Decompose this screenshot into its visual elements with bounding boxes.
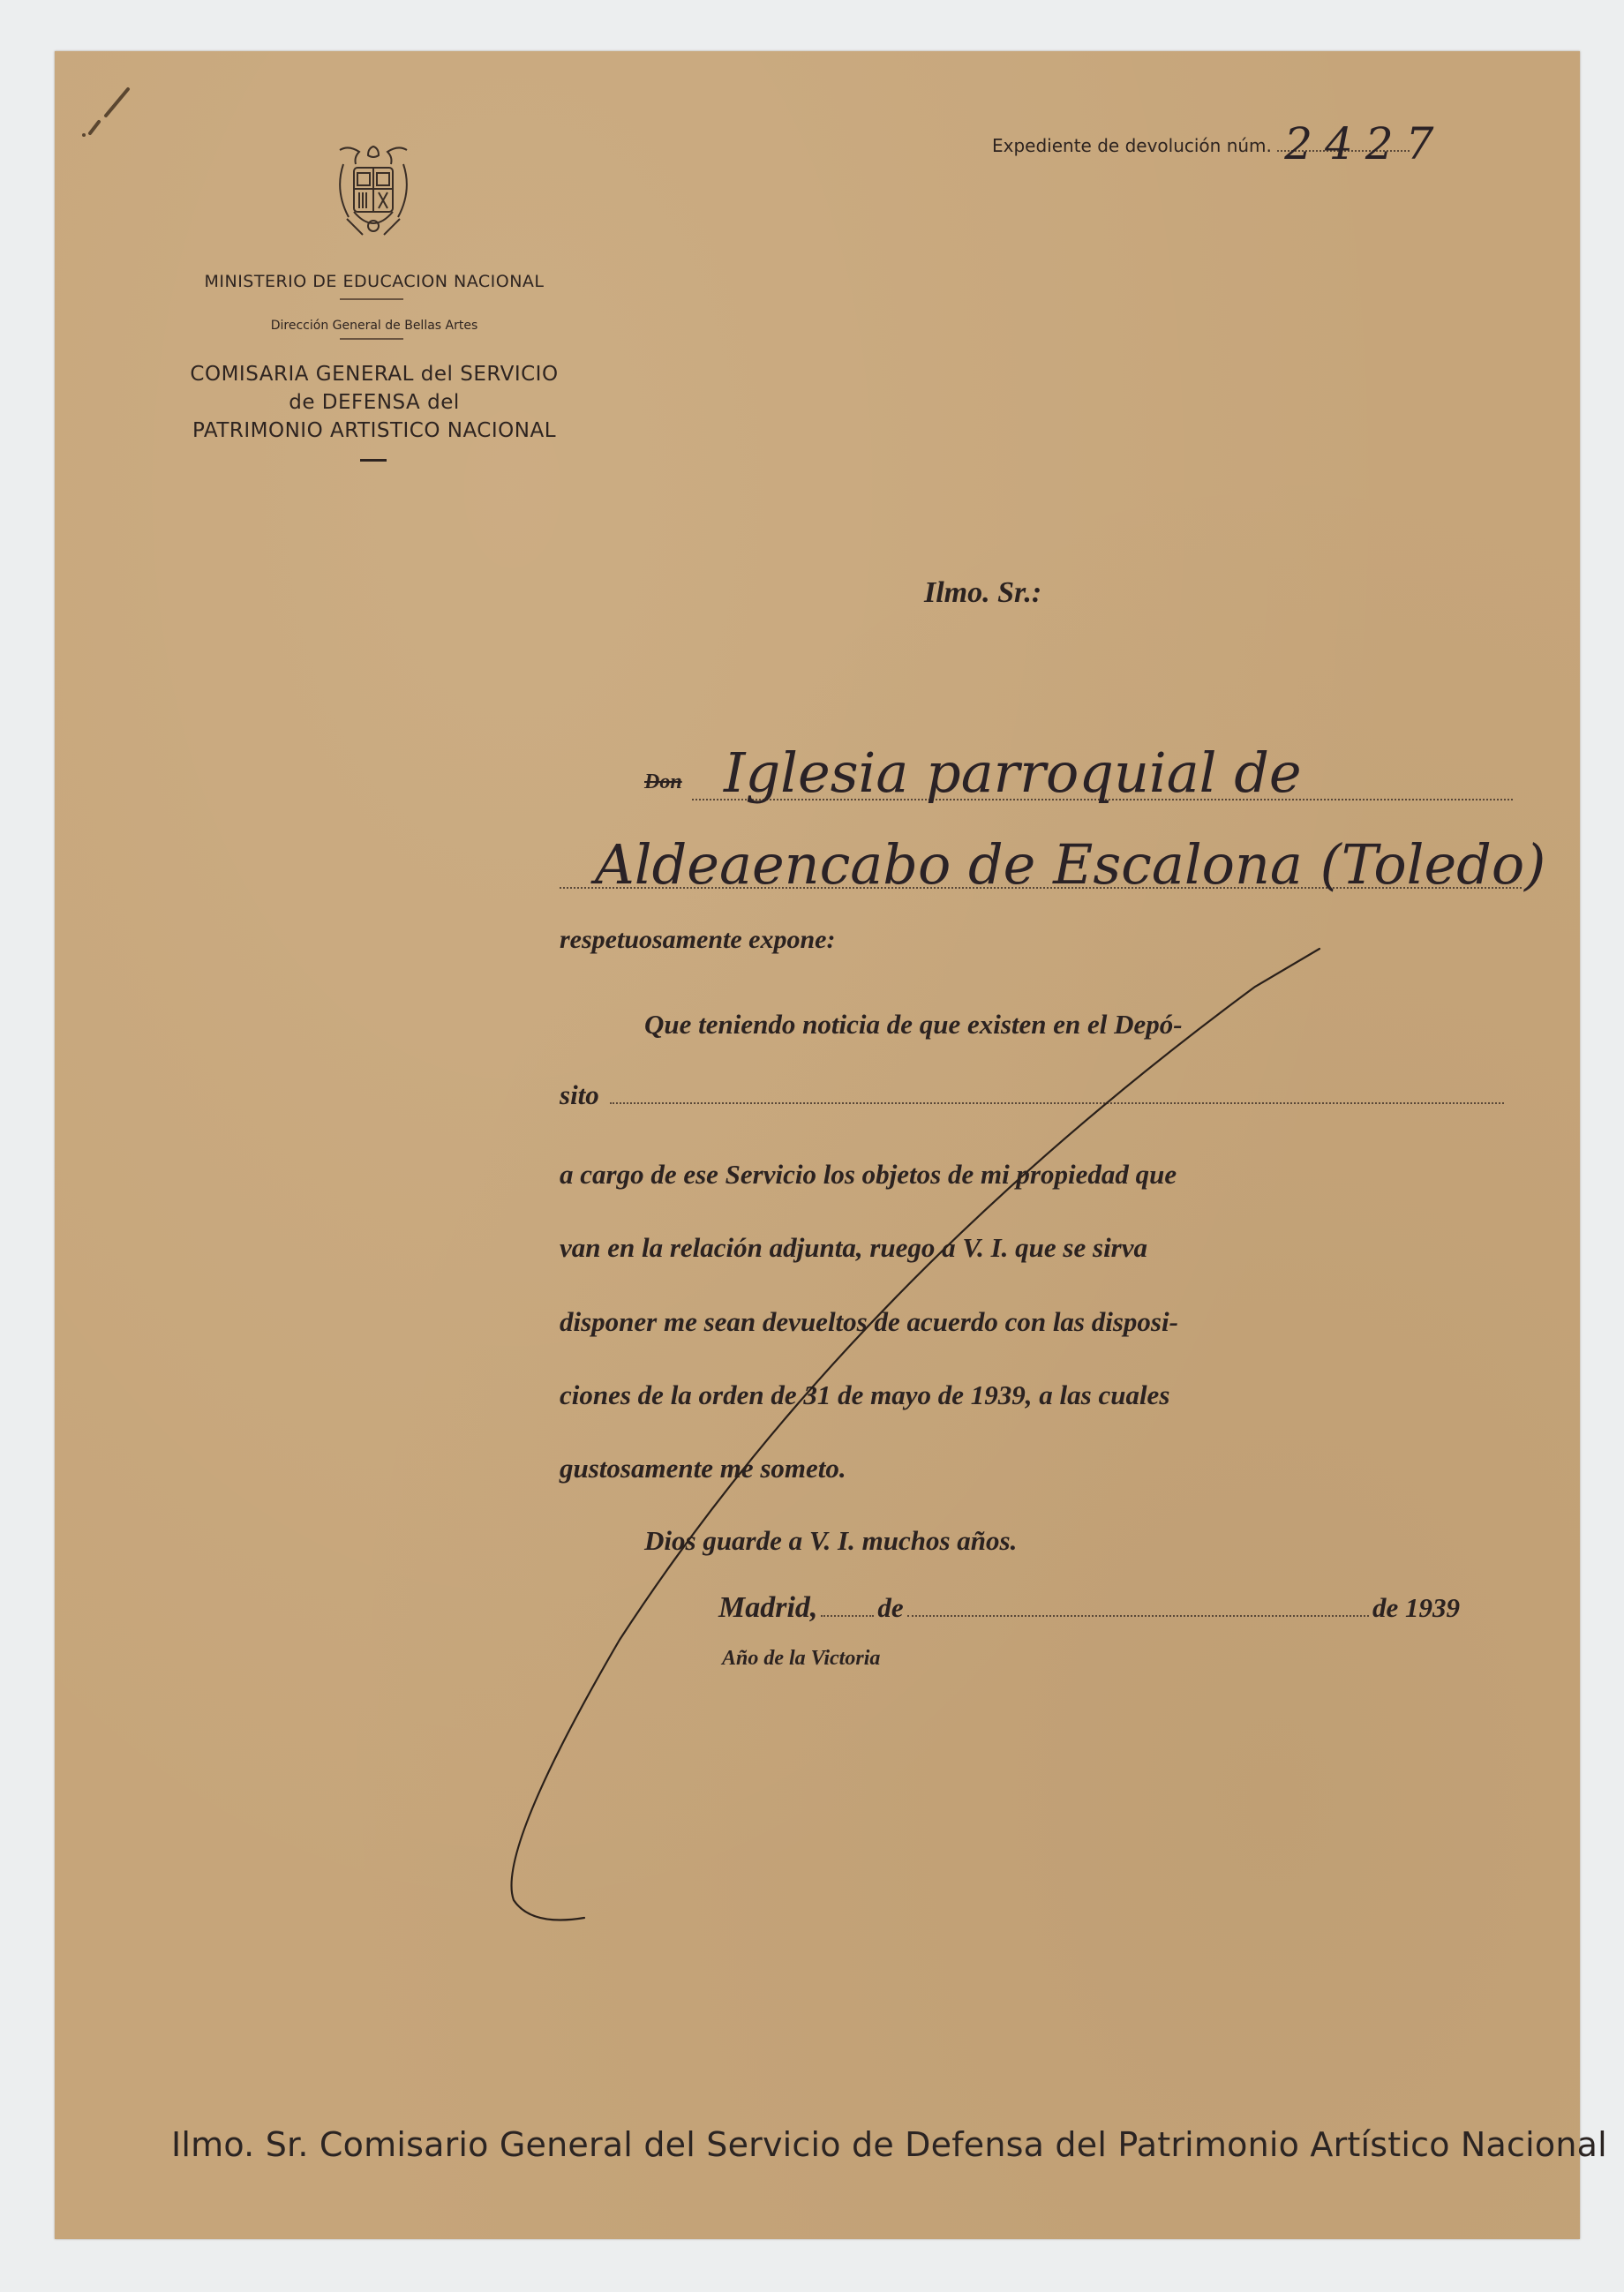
cancellation-stroke-icon — [55, 51, 1580, 2239]
document-page: MINISTERIO DE EDUCACION NACIONAL Direcci… — [55, 51, 1580, 2239]
footer-addressee: Ilmo. Sr. Comisario General del Servicio… — [171, 2125, 1513, 2164]
